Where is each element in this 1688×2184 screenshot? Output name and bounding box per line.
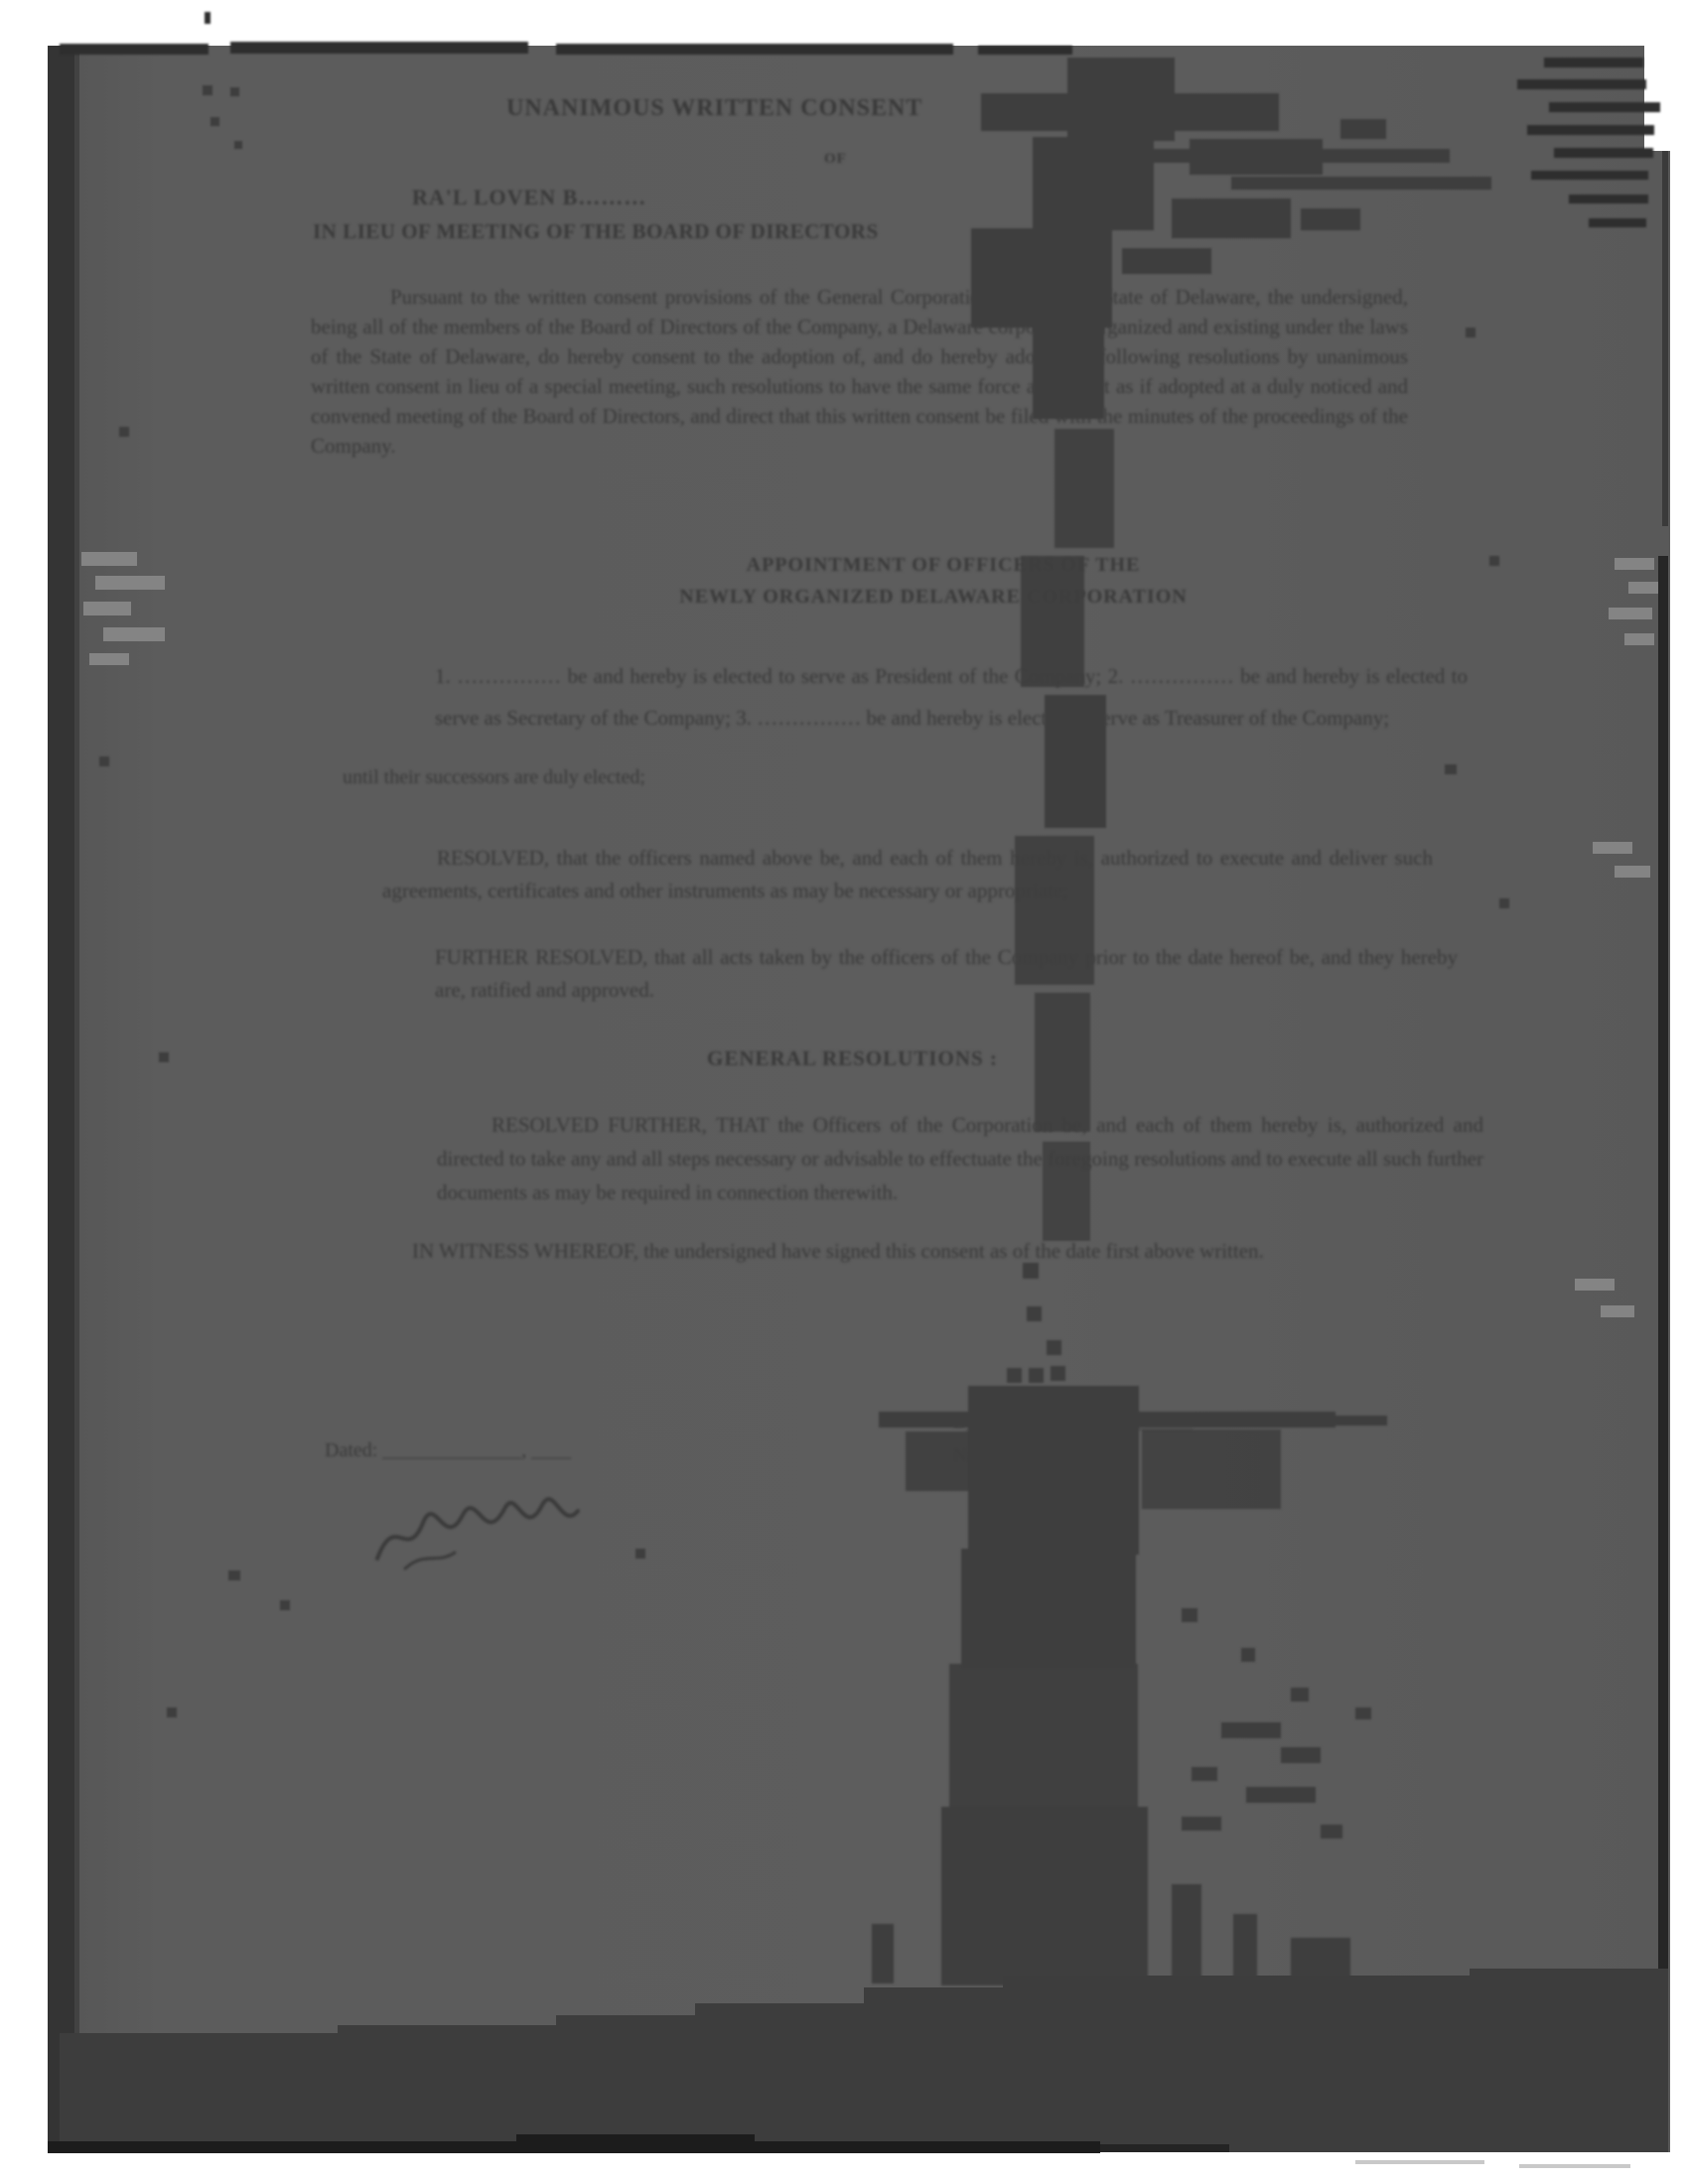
scanned-document-canvas: UNANIMOUS WRITTEN CONSENT OF RA'L LOVEN … — [0, 0, 1688, 2184]
ink-blot-column — [0, 0, 1688, 2184]
